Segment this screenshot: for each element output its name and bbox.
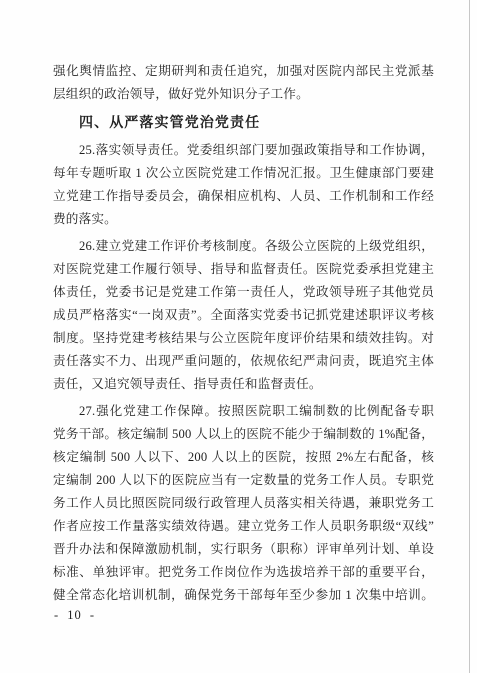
text-line: 晋升办法和保障激励机制，实行职务（职称）评审单列计划、单设 xyxy=(53,538,434,561)
text-line: 费的落实。 xyxy=(53,208,434,231)
text-line: 责任落实不力、出现严重问题的，依规依纪严肃问责，既追究主体 xyxy=(53,350,434,373)
text-line: 每年专题听取 1 次公立医院党建工作情况汇报。卫生健康部门要建 xyxy=(53,162,434,185)
text-line: 健全常态化培训机制，确保党务干部每年至少参加 1 次集中培训。 xyxy=(53,584,434,607)
text-line: 对医院党建工作履行领导、指导和监督责任。医院党委承担党建主 xyxy=(53,258,434,281)
page-number: - 10 - xyxy=(54,604,95,627)
text-line: 责任，又追究领导责任、指导责任和监督责任。 xyxy=(53,373,434,396)
text-line: 27.强化党建工作保障。按照医院职工编制数的比例配备专职 xyxy=(53,400,434,423)
document-text-block: 强化舆情监控、定期研判和责任追究，加强对医院内部民主党派基层组织的政治领导，做好… xyxy=(53,60,434,607)
text-line: 立党建工作指导委员会，确保相应机构、人员、工作机制和工作经 xyxy=(53,185,434,208)
text-line: 作者应按工作量落实绩效待遇。建立党务工作人员职务职级“双线” xyxy=(53,515,434,538)
text-line: 定编制 200 人以下的医院应当有一定数量的党务工作人员。专职党 xyxy=(53,469,434,492)
text-line: 成员严格落实“一岗双责”。全面落实党委书记抓党建述职评议考核 xyxy=(53,304,434,327)
text-line: 26.建立党建工作评价考核制度。各级公立医院的上级党组织， xyxy=(53,235,434,258)
text-line: 体责任，党委书记是党建工作第一责任人，党政领导班子其他党员 xyxy=(53,281,434,304)
text-line: 党务干部。核定编制 500 人以上的医院不能少于编制数的 1%配备， xyxy=(53,423,434,446)
scan-edge-line xyxy=(469,0,470,673)
text-line: 务工作人员比照医院同级行政管理人员落实相关待遇，兼职党务工 xyxy=(53,492,434,515)
text-line: 标准、单独评审。把党务工作岗位作为选拔培养干部的重要平台， xyxy=(53,561,434,584)
text-line: 强化舆情监控、定期研判和责任追究，加强对医院内部民主党派基 xyxy=(53,60,434,83)
text-line: 制度。坚持党建考核结果与公立医院年度评价结果和绩效挂钩。对 xyxy=(53,327,434,350)
text-line: 25.落实领导责任。党委组织部门要加强政策指导和工作协调， xyxy=(53,139,434,162)
section-heading: 四、从严落实管党治党责任 xyxy=(53,111,434,134)
text-line: 层组织的政治领导，做好党外知识分子工作。 xyxy=(53,83,434,106)
text-line: 核定编制 500 人以下、200 人以上的医院，按照 2%左右配备，核 xyxy=(53,446,434,469)
